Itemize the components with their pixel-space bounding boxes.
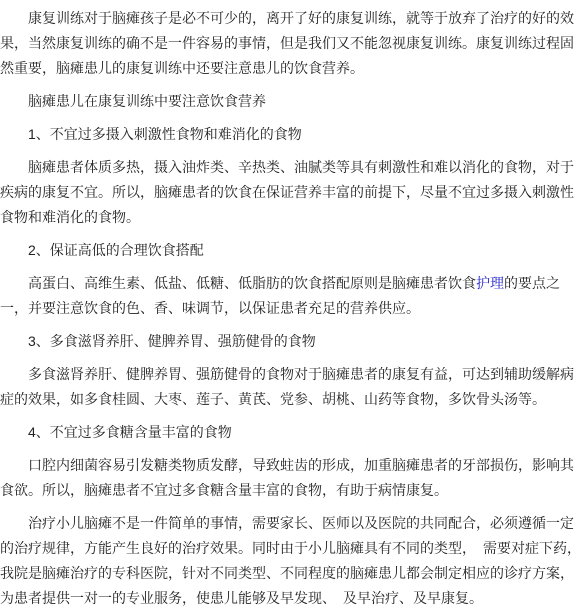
nursing-care-link[interactable]: 护理 <box>476 275 504 291</box>
item-3-body: 多食滋肾养肝、健脾养胃、强筋健骨的食物对于脑瘫患者的康复有益，可达到辅助缓解病症… <box>0 362 587 412</box>
item-4-body: 口腔内细菌容易引发糖类物质发酵，导致蛀齿的形成，加重脑瘫患者的牙部损伤，影响其食… <box>0 453 587 503</box>
item-3-title: 3、多食滋肾养肝、健脾养胃、强筋健骨的食物 <box>0 329 587 354</box>
article: 康复训练对于脑瘫孩子是必不可少的，离开了好的康复训练，就等于放弃了治疗的好的效果… <box>0 0 587 610</box>
item-2-title: 2、保证高低的合理饮食搭配 <box>0 238 587 263</box>
closing-paragraph: 治疗小儿脑瘫不是一件简单的事情，需要家长、医师以及医院的共同配合，必须遵循一定的… <box>0 511 587 610</box>
item-1-body: 脑瘫患者体质多热，摄入油炸类、辛热类、油腻类等具有刺激性和难以消化的食物，对于疾… <box>0 155 587 230</box>
section-heading: 脑瘫患儿在康复训练中要注意饮食营养 <box>0 89 587 114</box>
item-2-body: 高蛋白、高维生素、低盐、低糖、低脂肪的饮食搭配原则是脑瘫患者饮食护理的要点之一，… <box>0 271 587 321</box>
intro-paragraph: 康复训练对于脑瘫孩子是必不可少的，离开了好的康复训练，就等于放弃了治疗的好的效果… <box>0 6 587 81</box>
item-1-title: 1、不宜过多摄入刺激性食物和难消化的食物 <box>0 122 587 147</box>
item-2-body-before-link: 高蛋白、高维生素、低盐、低糖、低脂肪的饮食搭配原则是脑瘫患者饮食 <box>28 275 476 291</box>
item-4-title: 4、不宜过多食糖含量丰富的食物 <box>0 420 587 445</box>
